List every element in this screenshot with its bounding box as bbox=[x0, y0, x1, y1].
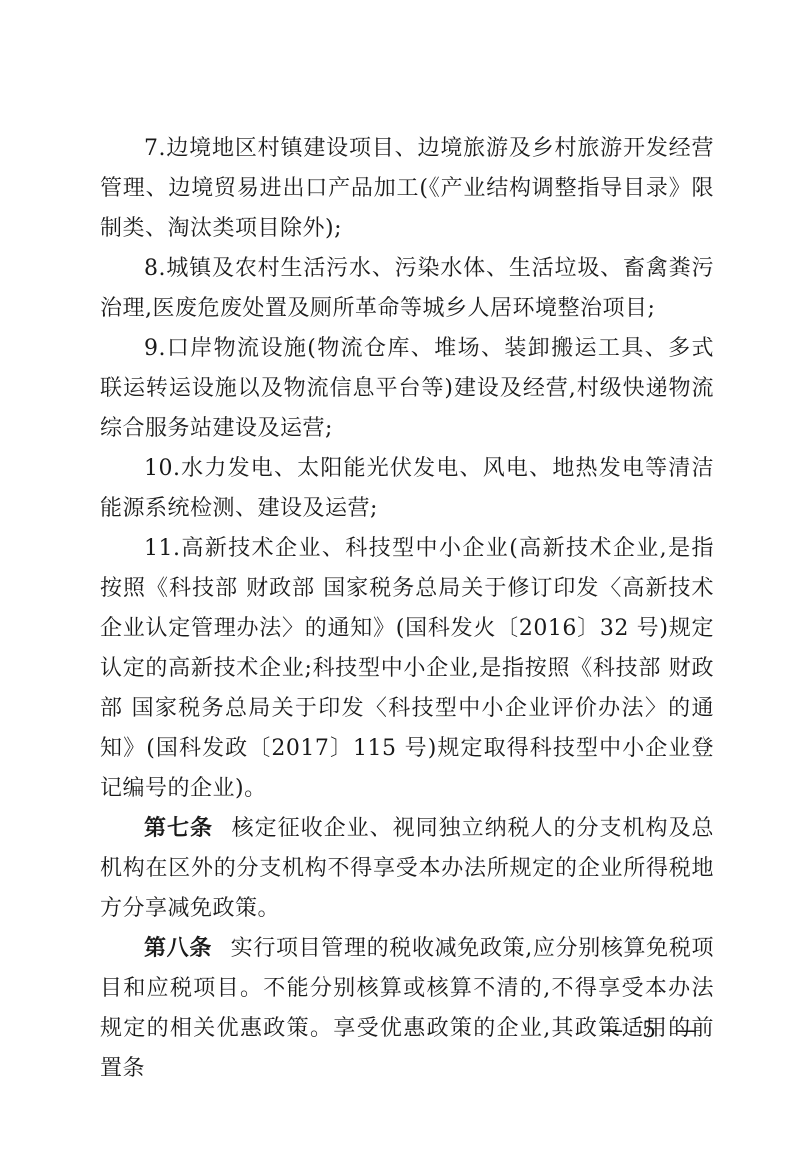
page-number: — 5 — bbox=[601, 1018, 698, 1044]
document-body: 7.边境地区村镇建设项目、边境旅游及乡村旅游开发经营管理、边境贸易进出口产品加工… bbox=[100, 129, 714, 1089]
list-item-11: 11.高新技术企业、科技型中小企业(高新技术企业,是指按照《科技部 财政部 国家… bbox=[100, 529, 714, 809]
list-item-7: 7.边境地区村镇建设项目、边境旅游及乡村旅游开发经营管理、边境贸易进出口产品加工… bbox=[100, 129, 714, 249]
article-8-label: 第八条 bbox=[144, 936, 212, 961]
document-page: 7.边境地区村镇建设项目、边境旅游及乡村旅游开发经营管理、边境贸易进出口产品加工… bbox=[0, 0, 812, 1152]
article-8: 第八条实行项目管理的税收减免政策,应分别核算免税项目和应税项目。不能分别核算或核… bbox=[100, 929, 714, 1089]
list-item-8: 8.城镇及农村生活污水、污染水体、生活垃圾、畜禽粪污治理,医废危废处置及厕所革命… bbox=[100, 249, 714, 329]
list-item-9: 9.口岸物流设施(物流仓库、堆场、装卸搬运工具、多式联运转运设施以及物流信息平台… bbox=[100, 329, 714, 449]
list-item-10: 10.水力发电、太阳能光伏发电、风电、地热发电等清洁能源系统检测、建设及运营; bbox=[100, 449, 714, 529]
article-7: 第七条核定征收企业、视同独立纳税人的分支机构及总机构在区外的分支机构不得享受本办… bbox=[100, 809, 714, 929]
article-7-label: 第七条 bbox=[144, 816, 213, 841]
